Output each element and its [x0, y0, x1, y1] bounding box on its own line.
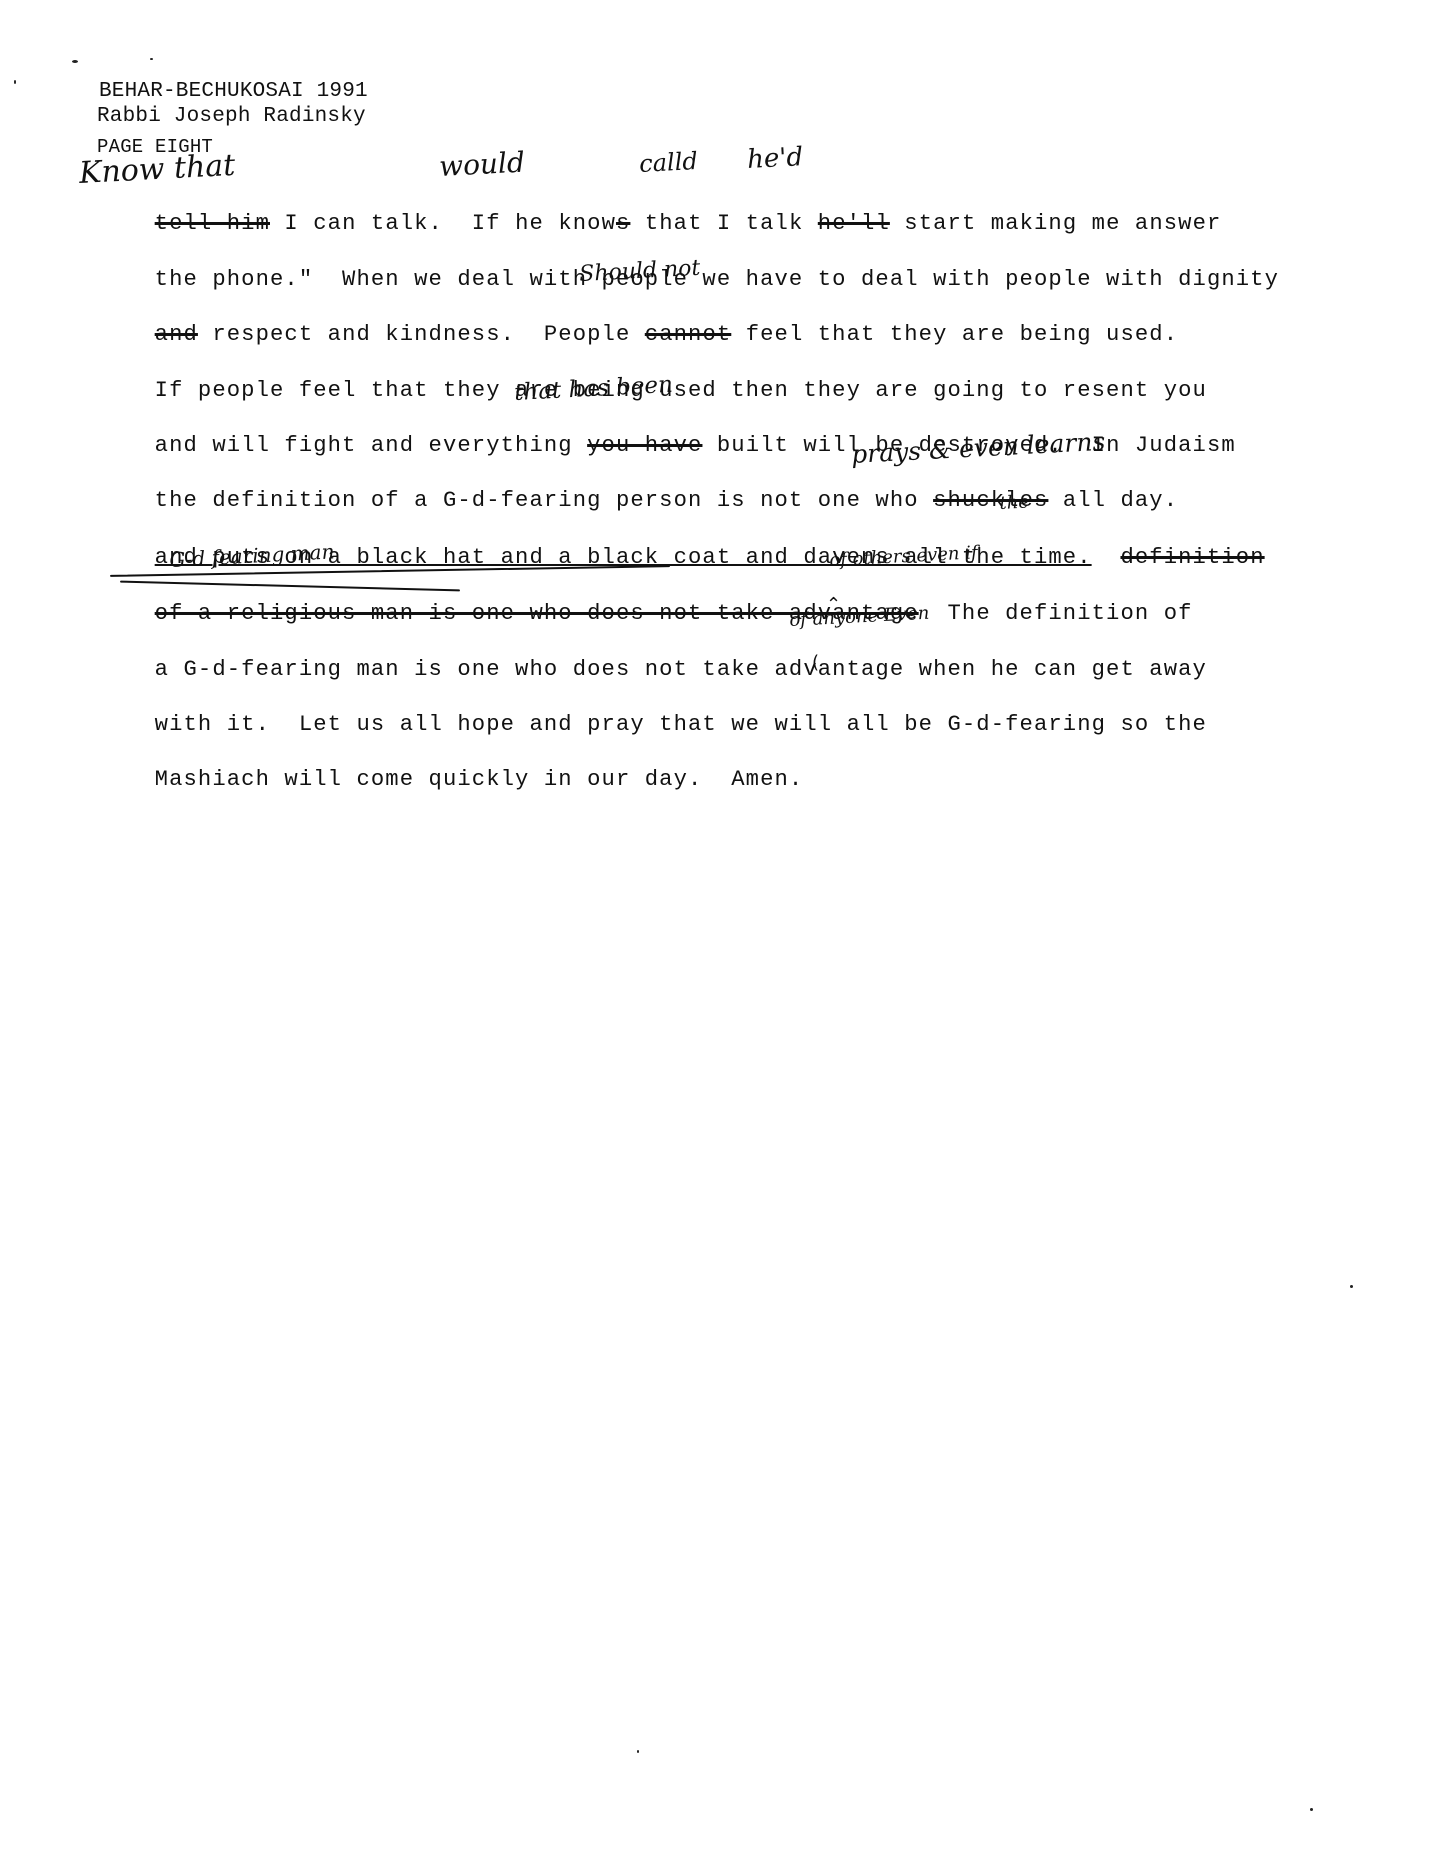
struck-text: and [155, 322, 198, 347]
text-segment: all day. [1048, 488, 1178, 513]
struck-text: s [616, 211, 630, 236]
scan-speck [14, 80, 16, 84]
handwritten-edit: Know that [78, 148, 236, 191]
text-segment: the definition of a G-d-fearing person i… [155, 488, 933, 513]
struck-text: shuckles [933, 488, 1048, 513]
text-segment: I can talk. If [270, 211, 515, 236]
struck-text: he'll [818, 211, 890, 236]
struck-text: tell him [155, 211, 270, 236]
insertion-caret: ( [812, 652, 819, 673]
document-title: BEHAR-BECHUKOSAI 1991 [99, 80, 368, 103]
text-segment: The definition of [919, 601, 1193, 626]
text-segment: the phone." When we deal with people we … [155, 267, 1279, 292]
scanned-page: BEHAR-BECHUKOSAI 1991 Rabbi Joseph Radin… [0, 0, 1430, 1851]
struck-text: you have [587, 433, 702, 458]
text-segment: and will fight and everything [155, 433, 587, 458]
text-segment [1092, 545, 1121, 570]
handwritten-edit: he'd [746, 142, 803, 175]
handwritten-edit: the [999, 491, 1030, 514]
struck-text: definition [1120, 545, 1264, 570]
text-segment: Mashiach will come quickly in our day. A… [155, 767, 804, 792]
insertion-caret: ⌃ [826, 594, 841, 615]
text-segment: If people feel that they are being used … [155, 378, 1207, 403]
text-segment: know [544, 211, 616, 236]
text-segment: respect and kindness. People [198, 322, 645, 347]
scan-speck [1310, 1808, 1313, 1811]
struck-text: cannot [645, 322, 732, 347]
text-segment: with it. Let us all hope and pray that w… [155, 712, 1207, 737]
scan-speck [1350, 1285, 1353, 1288]
text-segment: feel that they are being used. [731, 322, 1178, 347]
scan-speck [150, 58, 153, 60]
text-segment: he [515, 211, 544, 236]
text-segment: that I talk [630, 211, 817, 236]
handwritten-edit: would [438, 146, 525, 183]
text-segment: a G-d-fearing man is one who does not ta… [155, 657, 1207, 682]
text-line-11: Mashiach will come quickly in our day. A… [97, 742, 803, 817]
scan-speck [72, 60, 78, 63]
document-author: Rabbi Joseph Radinsky [97, 105, 366, 128]
text-segment: start making me answer [890, 211, 1222, 236]
handwritten-edit: calld [639, 147, 699, 178]
scan-speck [637, 1750, 639, 1753]
